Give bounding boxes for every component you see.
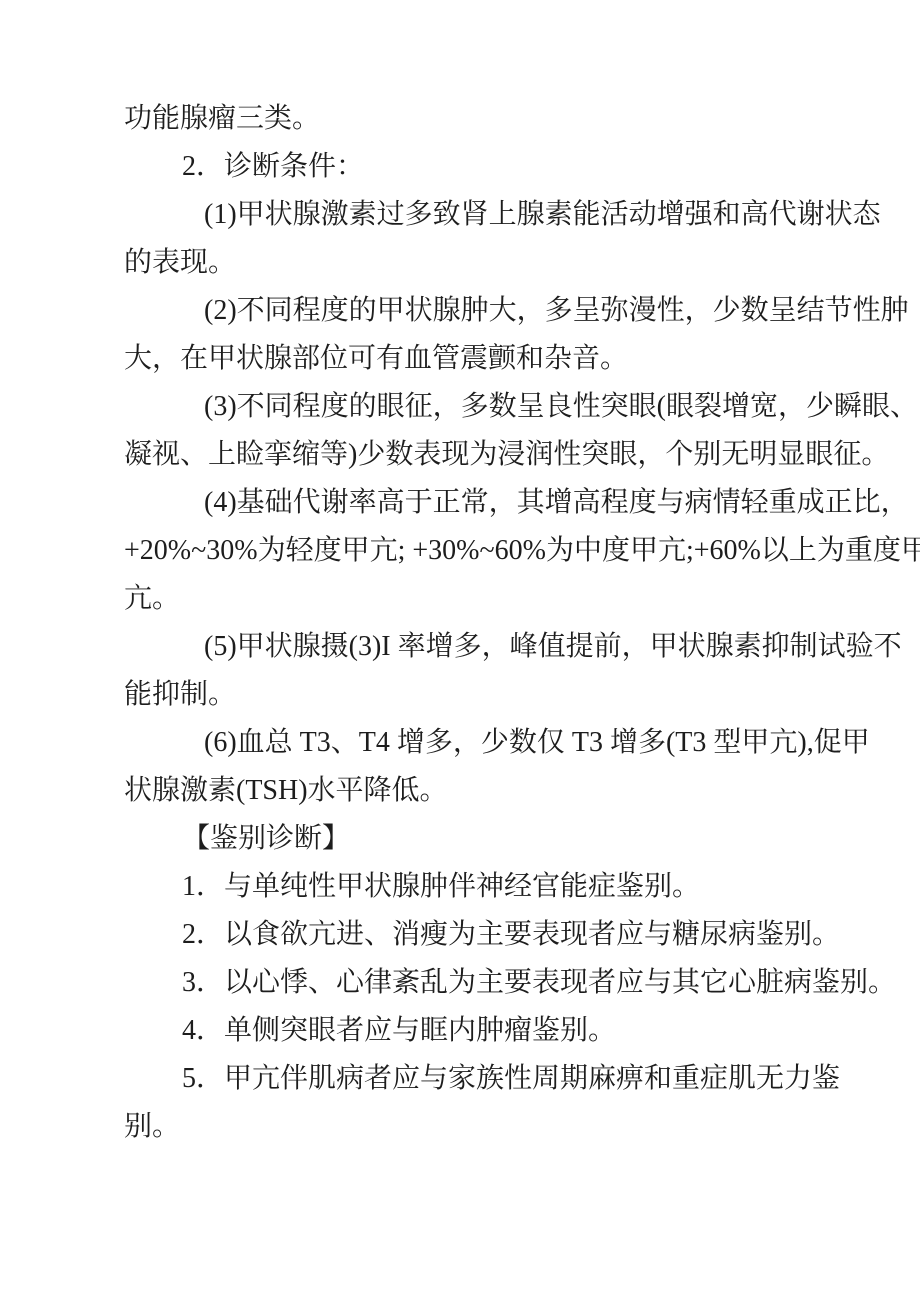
text-line: 的表现。 xyxy=(124,239,804,287)
text-line: 4．单侧突眼者应与眶内肿瘤鉴别。 xyxy=(124,1007,804,1055)
text-line: 状腺激素(TSH)水平降低。 xyxy=(124,767,804,815)
text-line: +20%~30%为轻度甲亢; +30%~60%为中度甲亢;+60%以上为重度甲 xyxy=(124,527,804,575)
document-page: 功能腺瘤三类。2．诊断条件：(1)甲状腺激素过多致肾上腺素能活动增强和高代谢状态… xyxy=(0,0,920,1301)
text-line: 1．与单纯性甲状腺肿伴神经官能症鉴别。 xyxy=(124,863,804,911)
text-line: (6)血总 T3、T4 增多，少数仅 T3 增多(T3 型甲亢),促甲 xyxy=(124,719,804,767)
text-line: 亢。 xyxy=(124,575,804,623)
text-line: 5．甲亢伴肌病者应与家族性周期麻痹和重症肌无力鉴 xyxy=(124,1055,804,1103)
text-line: (1)甲状腺激素过多致肾上腺素能活动增强和高代谢状态 xyxy=(124,191,804,239)
text-line: 凝视、上睑挛缩等)少数表现为浸润性突眼，个别无明显眼征。 xyxy=(124,431,804,479)
text-line: 别。 xyxy=(124,1103,804,1151)
text-line: 功能腺瘤三类。 xyxy=(124,95,804,143)
text-line: 3．以心悸、心律紊乱为主要表现者应与其它心脏病鉴别。 xyxy=(124,959,804,1007)
text-line: (4)基础代谢率高于正常，其增高程度与病情轻重成正比， xyxy=(124,479,804,527)
text-line: 2．以食欲亢进、消瘦为主要表现者应与糖尿病鉴别。 xyxy=(124,911,804,959)
text-line: 【鉴别诊断】 xyxy=(124,815,804,863)
text-line: 大，在甲状腺部位可有血管震颤和杂音。 xyxy=(124,335,804,383)
text-line: (5)甲状腺摄(3)I 率增多，峰值提前，甲状腺素抑制试验不 xyxy=(124,623,804,671)
text-line: 2．诊断条件： xyxy=(124,143,804,191)
document-content: 功能腺瘤三类。2．诊断条件：(1)甲状腺激素过多致肾上腺素能活动增强和高代谢状态… xyxy=(124,95,804,1151)
text-line: 能抑制。 xyxy=(124,671,804,719)
text-line: (3)不同程度的眼征，多数呈良性突眼(眼裂增宽，少瞬眼、 xyxy=(124,383,804,431)
text-line: (2)不同程度的甲状腺肿大，多呈弥漫性，少数呈结节性肿 xyxy=(124,287,804,335)
